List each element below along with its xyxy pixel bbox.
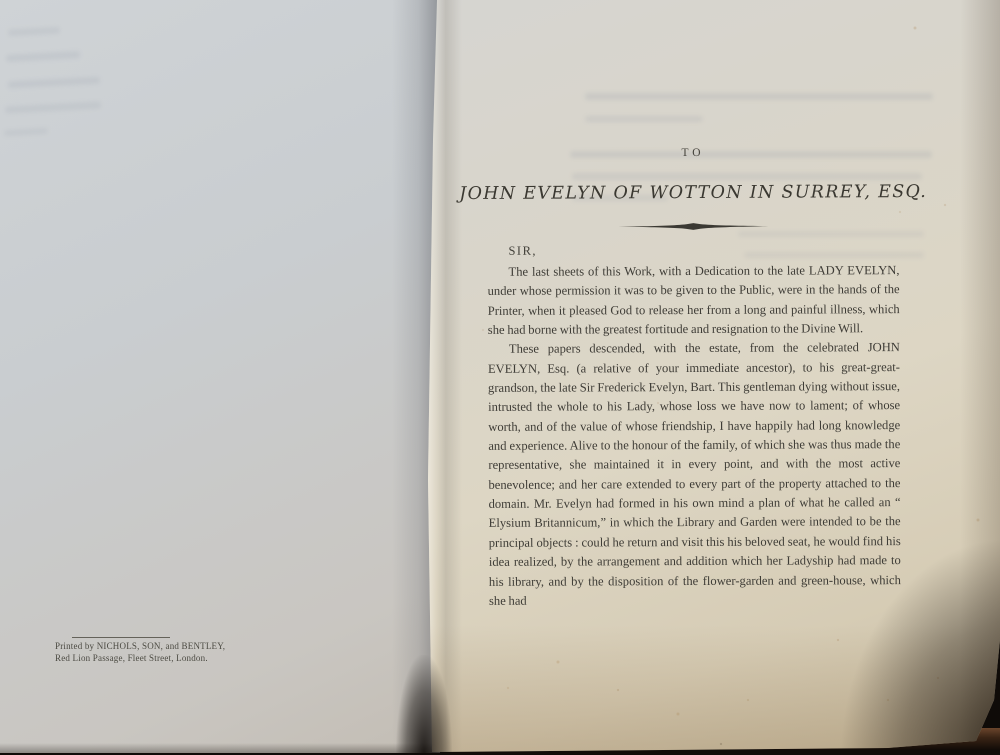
dedication-content: TO JOHN EVELYN OF WOTTON IN SURREY, ESQ.…	[486, 0, 901, 755]
page-bottom-shadow	[0, 743, 440, 753]
show-through-text	[8, 77, 100, 89]
swelled-rule-ornament	[618, 222, 768, 232]
left-page: Printed by NICHOLS, SON, and BENTLEY, Re…	[0, 0, 440, 753]
right-page: TO JOHN EVELYN OF WOTTON IN SURREY, ESQ.…	[418, 0, 1000, 755]
printer-imprint: Printed by NICHOLS, SON, and BENTLEY, Re…	[55, 641, 225, 664]
show-through-text	[6, 51, 80, 62]
printer-imprint-line: Printed by NICHOLS, SON, and BENTLEY,	[55, 641, 225, 653]
gutter-bottom-shadow	[396, 655, 452, 755]
dedication-kicker: TO	[487, 146, 899, 160]
open-book-photo: Printed by NICHOLS, SON, and BENTLEY, Re…	[0, 0, 1000, 755]
dedication-body: The last sheets of this Work, with a Ded…	[487, 261, 901, 611]
imprint-divider-rule	[72, 637, 170, 638]
paragraph: These papers descended, with the estate,…	[488, 338, 901, 611]
printer-imprint-line: Red Lion Passage, Fleet Street, London.	[55, 653, 225, 665]
paragraph: The last sheets of this Work, with a Ded…	[487, 261, 899, 340]
show-through-text	[8, 27, 60, 37]
show-through-text	[4, 128, 48, 136]
salutation: SIR,	[508, 244, 537, 259]
show-through-text	[5, 101, 101, 113]
dedication-title: JOHN EVELYN OF WOTTON IN SURREY, ESQ.	[459, 182, 927, 204]
